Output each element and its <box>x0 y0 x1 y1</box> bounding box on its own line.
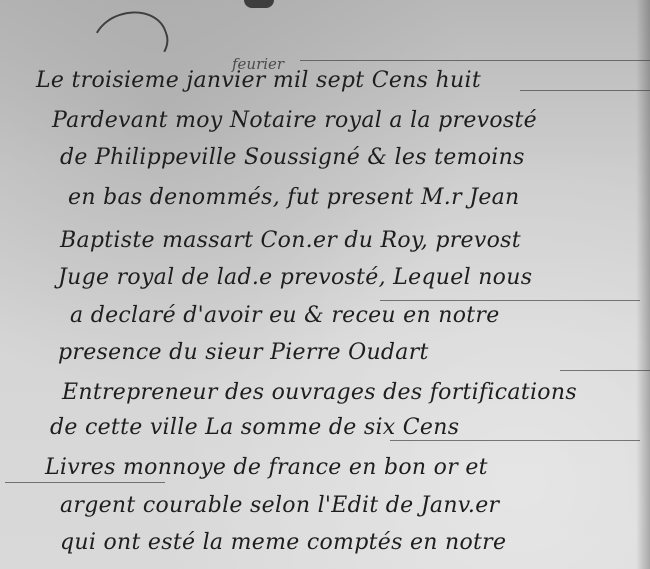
manuscript-line-8: presence du sieur Pierre Oudart <box>58 340 429 365</box>
ruled-line <box>520 90 650 91</box>
ink-blot <box>244 0 274 8</box>
page-edge-shadow <box>636 0 650 569</box>
ruled-line <box>5 482 165 483</box>
manuscript-line-5: Baptiste massart Con.er du Roy, prevost <box>60 228 521 253</box>
manuscript-line-7: a declaré d'avoir eu & receu en notre <box>70 303 500 328</box>
ruled-line <box>380 300 640 301</box>
manuscript-line-10: de cette ville La somme de six Cens <box>50 415 459 440</box>
manuscript-line-11: Livres monnoye de france en bon or et <box>45 455 488 480</box>
ruled-line <box>560 370 650 371</box>
manuscript-line-9: Entrepreneur des ouvrages des fortificat… <box>62 380 577 405</box>
manuscript-line-4: en bas denommés, fut present M.r Jean <box>68 185 520 210</box>
manuscript-line-6: Juge royal de lad.e prevosté, Lequel nou… <box>58 265 532 290</box>
manuscript-page: feurier Le troisieme janvier mil sept Ce… <box>0 0 650 569</box>
manuscript-line-13: qui ont esté la meme comptés en notre <box>60 530 506 555</box>
manuscript-line-2: Pardevant moy Notaire royal a la prevost… <box>52 108 537 133</box>
ruled-line <box>390 440 640 441</box>
manuscript-line-3: de Philippeville Soussigné & les temoins <box>60 145 525 170</box>
ruled-line <box>300 60 650 61</box>
manuscript-line-12: argent courable selon l'Edit de Janv.er <box>60 493 499 518</box>
manuscript-line-1: Le troisieme janvier mil sept Cens huit <box>36 68 481 93</box>
